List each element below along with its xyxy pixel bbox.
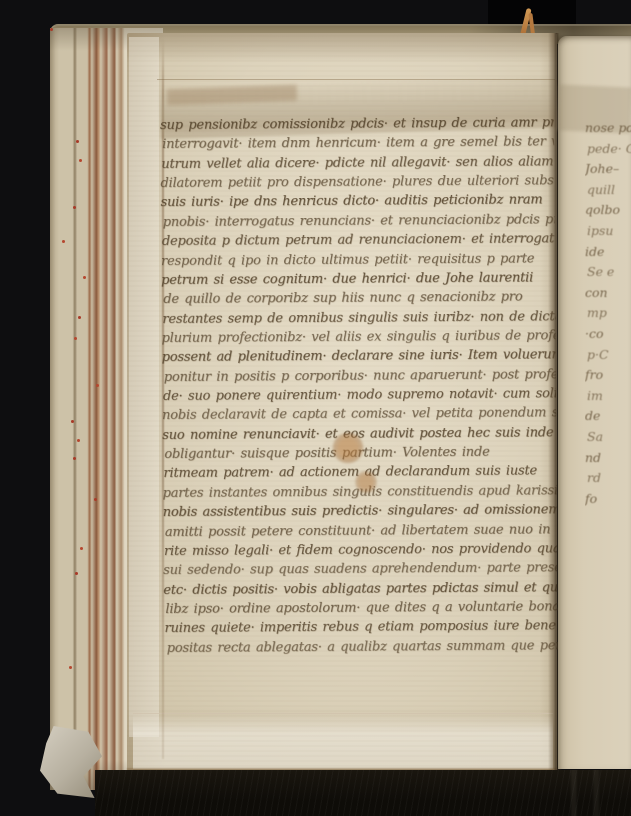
recto-line-fragment: ·co [585, 324, 631, 345]
recto-line-fragment: mp [585, 303, 631, 324]
stain-tide-line [157, 79, 555, 80]
recto-line-fragment: rd [585, 468, 631, 489]
recto-line-fragment: qolbo [585, 200, 631, 221]
recto-text-fragments: nose pdpede· GJohe–quillqolboipsuideSe e… [585, 118, 631, 516]
recto-line-fragment: im [585, 386, 631, 407]
recto-line-fragment: quill [585, 180, 631, 201]
recto-line-fragment: fo [585, 489, 631, 510]
recto-line-fragment: de [585, 406, 631, 427]
manuscript-photo: sup pensionibz comissionibz pdcis· et in… [0, 0, 631, 816]
red-edge-speckles [50, 28, 53, 31]
recto-line-fragment: pede· G [585, 139, 631, 160]
leather-cover-edge [95, 770, 631, 816]
manuscript-text-block: sup pensionibz comissionibz pdcis· et in… [160, 113, 558, 668]
recto-line-fragment: fro [585, 365, 631, 386]
underleaf-left-margin [129, 37, 159, 737]
recto-line-fragment: ipsu [585, 221, 631, 242]
recto-line-fragment: Sa [585, 427, 631, 448]
recto-line-fragment: con [585, 283, 631, 304]
underleaf-bottom-margin [133, 713, 553, 769]
stain-smudge [167, 85, 297, 106]
recto-line-fragment: p·C [585, 345, 631, 366]
recto-line-fragment: nose pd [585, 118, 631, 139]
recto-line-fragment: nd [585, 448, 631, 469]
recto-line-fragment: ide [585, 242, 631, 263]
recto-line-fragment: Se e [585, 262, 631, 283]
rust-stain [355, 470, 377, 494]
rust-stain [332, 432, 364, 464]
recto-line-fragment: Johe– [585, 159, 631, 180]
manuscript-line: positas recta ablegatas· a qualibz quart… [164, 636, 558, 658]
